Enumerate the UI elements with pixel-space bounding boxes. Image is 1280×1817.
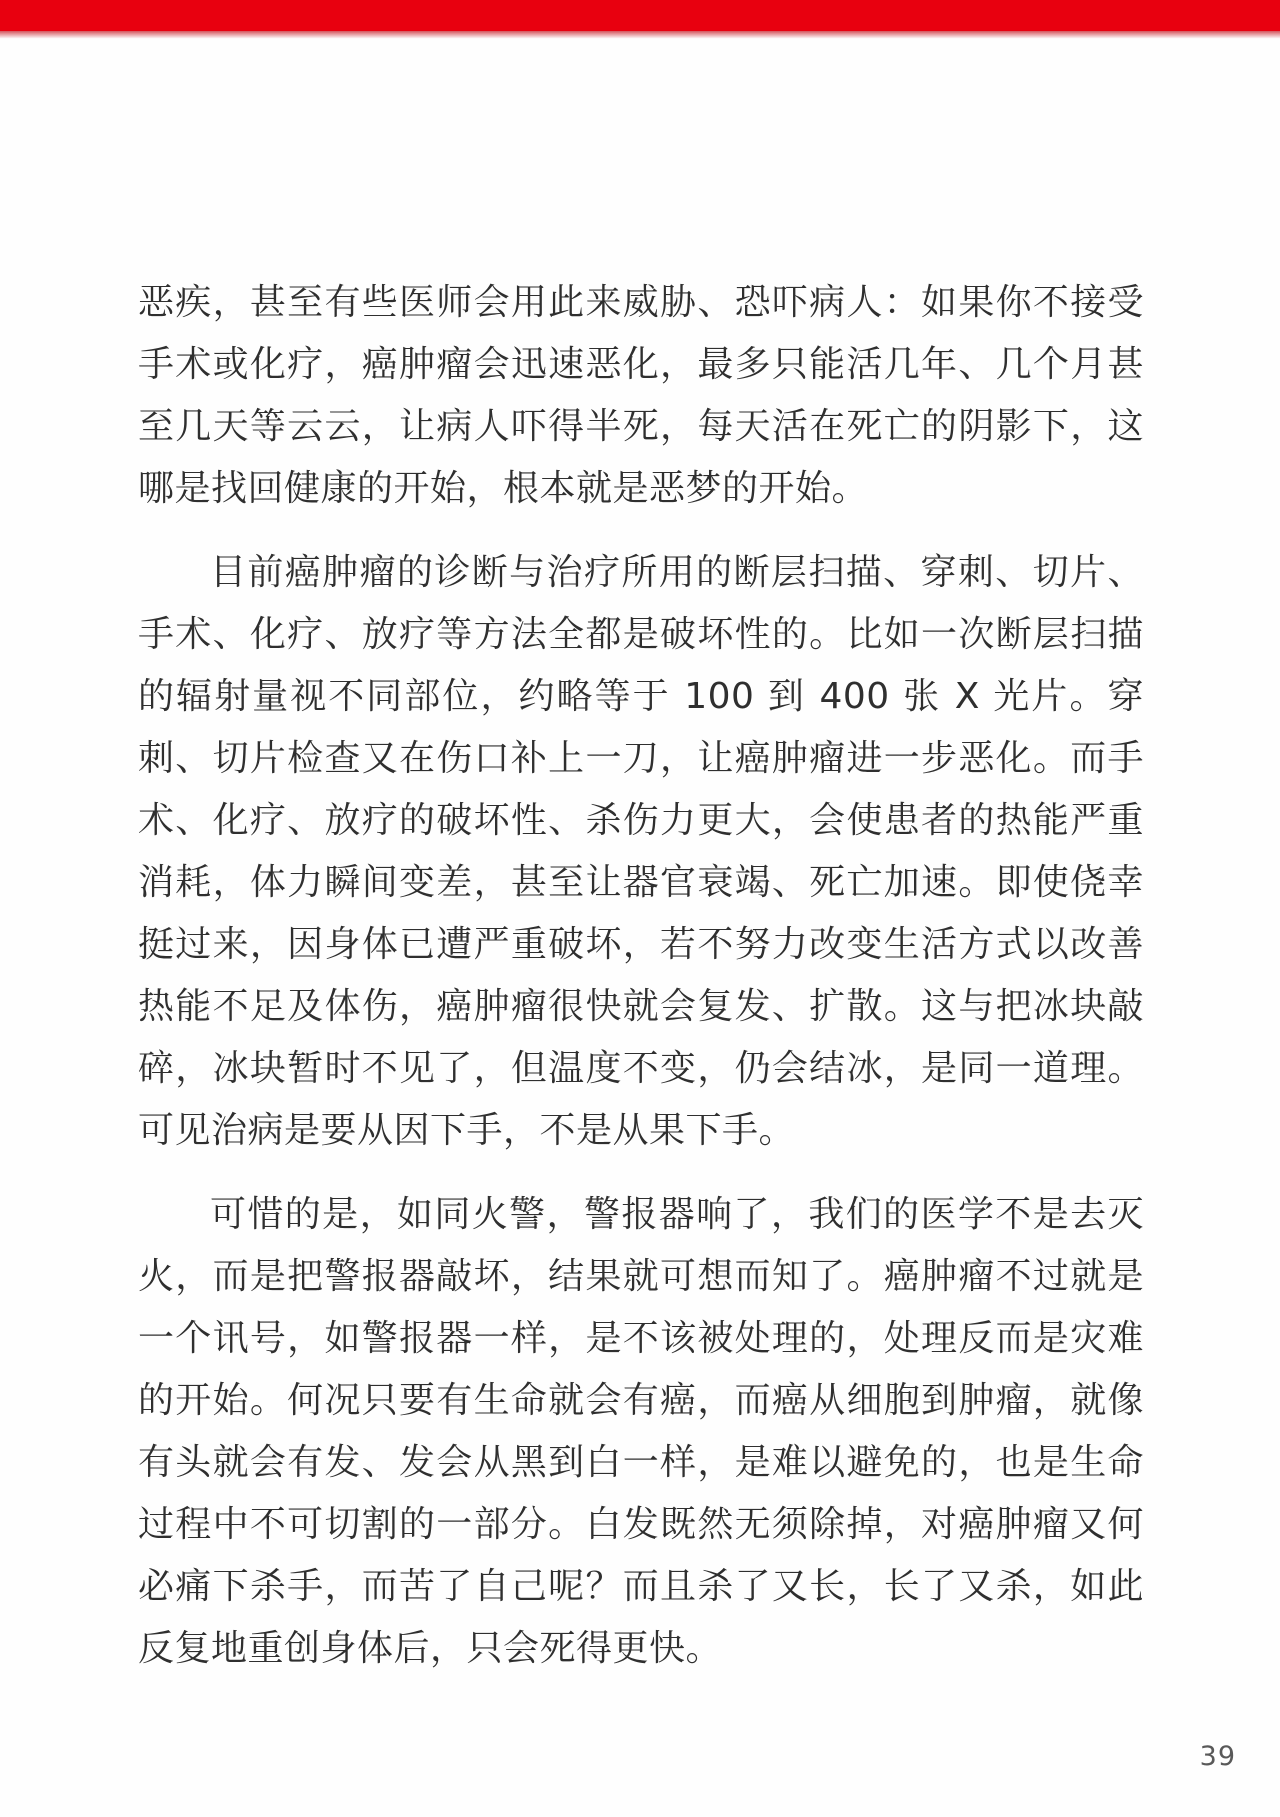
body-paragraph: 可惜的是，如同火警，警报器响了，我们的医学不是去灭火，而是把警报器敲坏，结果就可… xyxy=(138,1184,1144,1680)
page-number: 39 xyxy=(1200,1741,1236,1773)
body-paragraph: 恶疾，甚至有些医师会用此来威胁、恐吓病人：如果你不接受手术或化疗，癌肿瘤会迅速恶… xyxy=(138,272,1144,520)
book-page: { "header": { "bar_color": "#e8000f" }, … xyxy=(0,0,1280,1817)
red-header-bar xyxy=(0,0,1280,31)
red-header-bar-fade xyxy=(0,31,1280,40)
page-text-block: 恶疾，甚至有些医师会用此来威胁、恐吓病人：如果你不接受手术或化疗，癌肿瘤会迅速恶… xyxy=(138,272,1144,1680)
body-paragraph: 目前癌肿瘤的诊断与治疗所用的断层扫描、穿刺、切片、手术、化疗、放疗等方法全都是破… xyxy=(138,542,1144,1162)
